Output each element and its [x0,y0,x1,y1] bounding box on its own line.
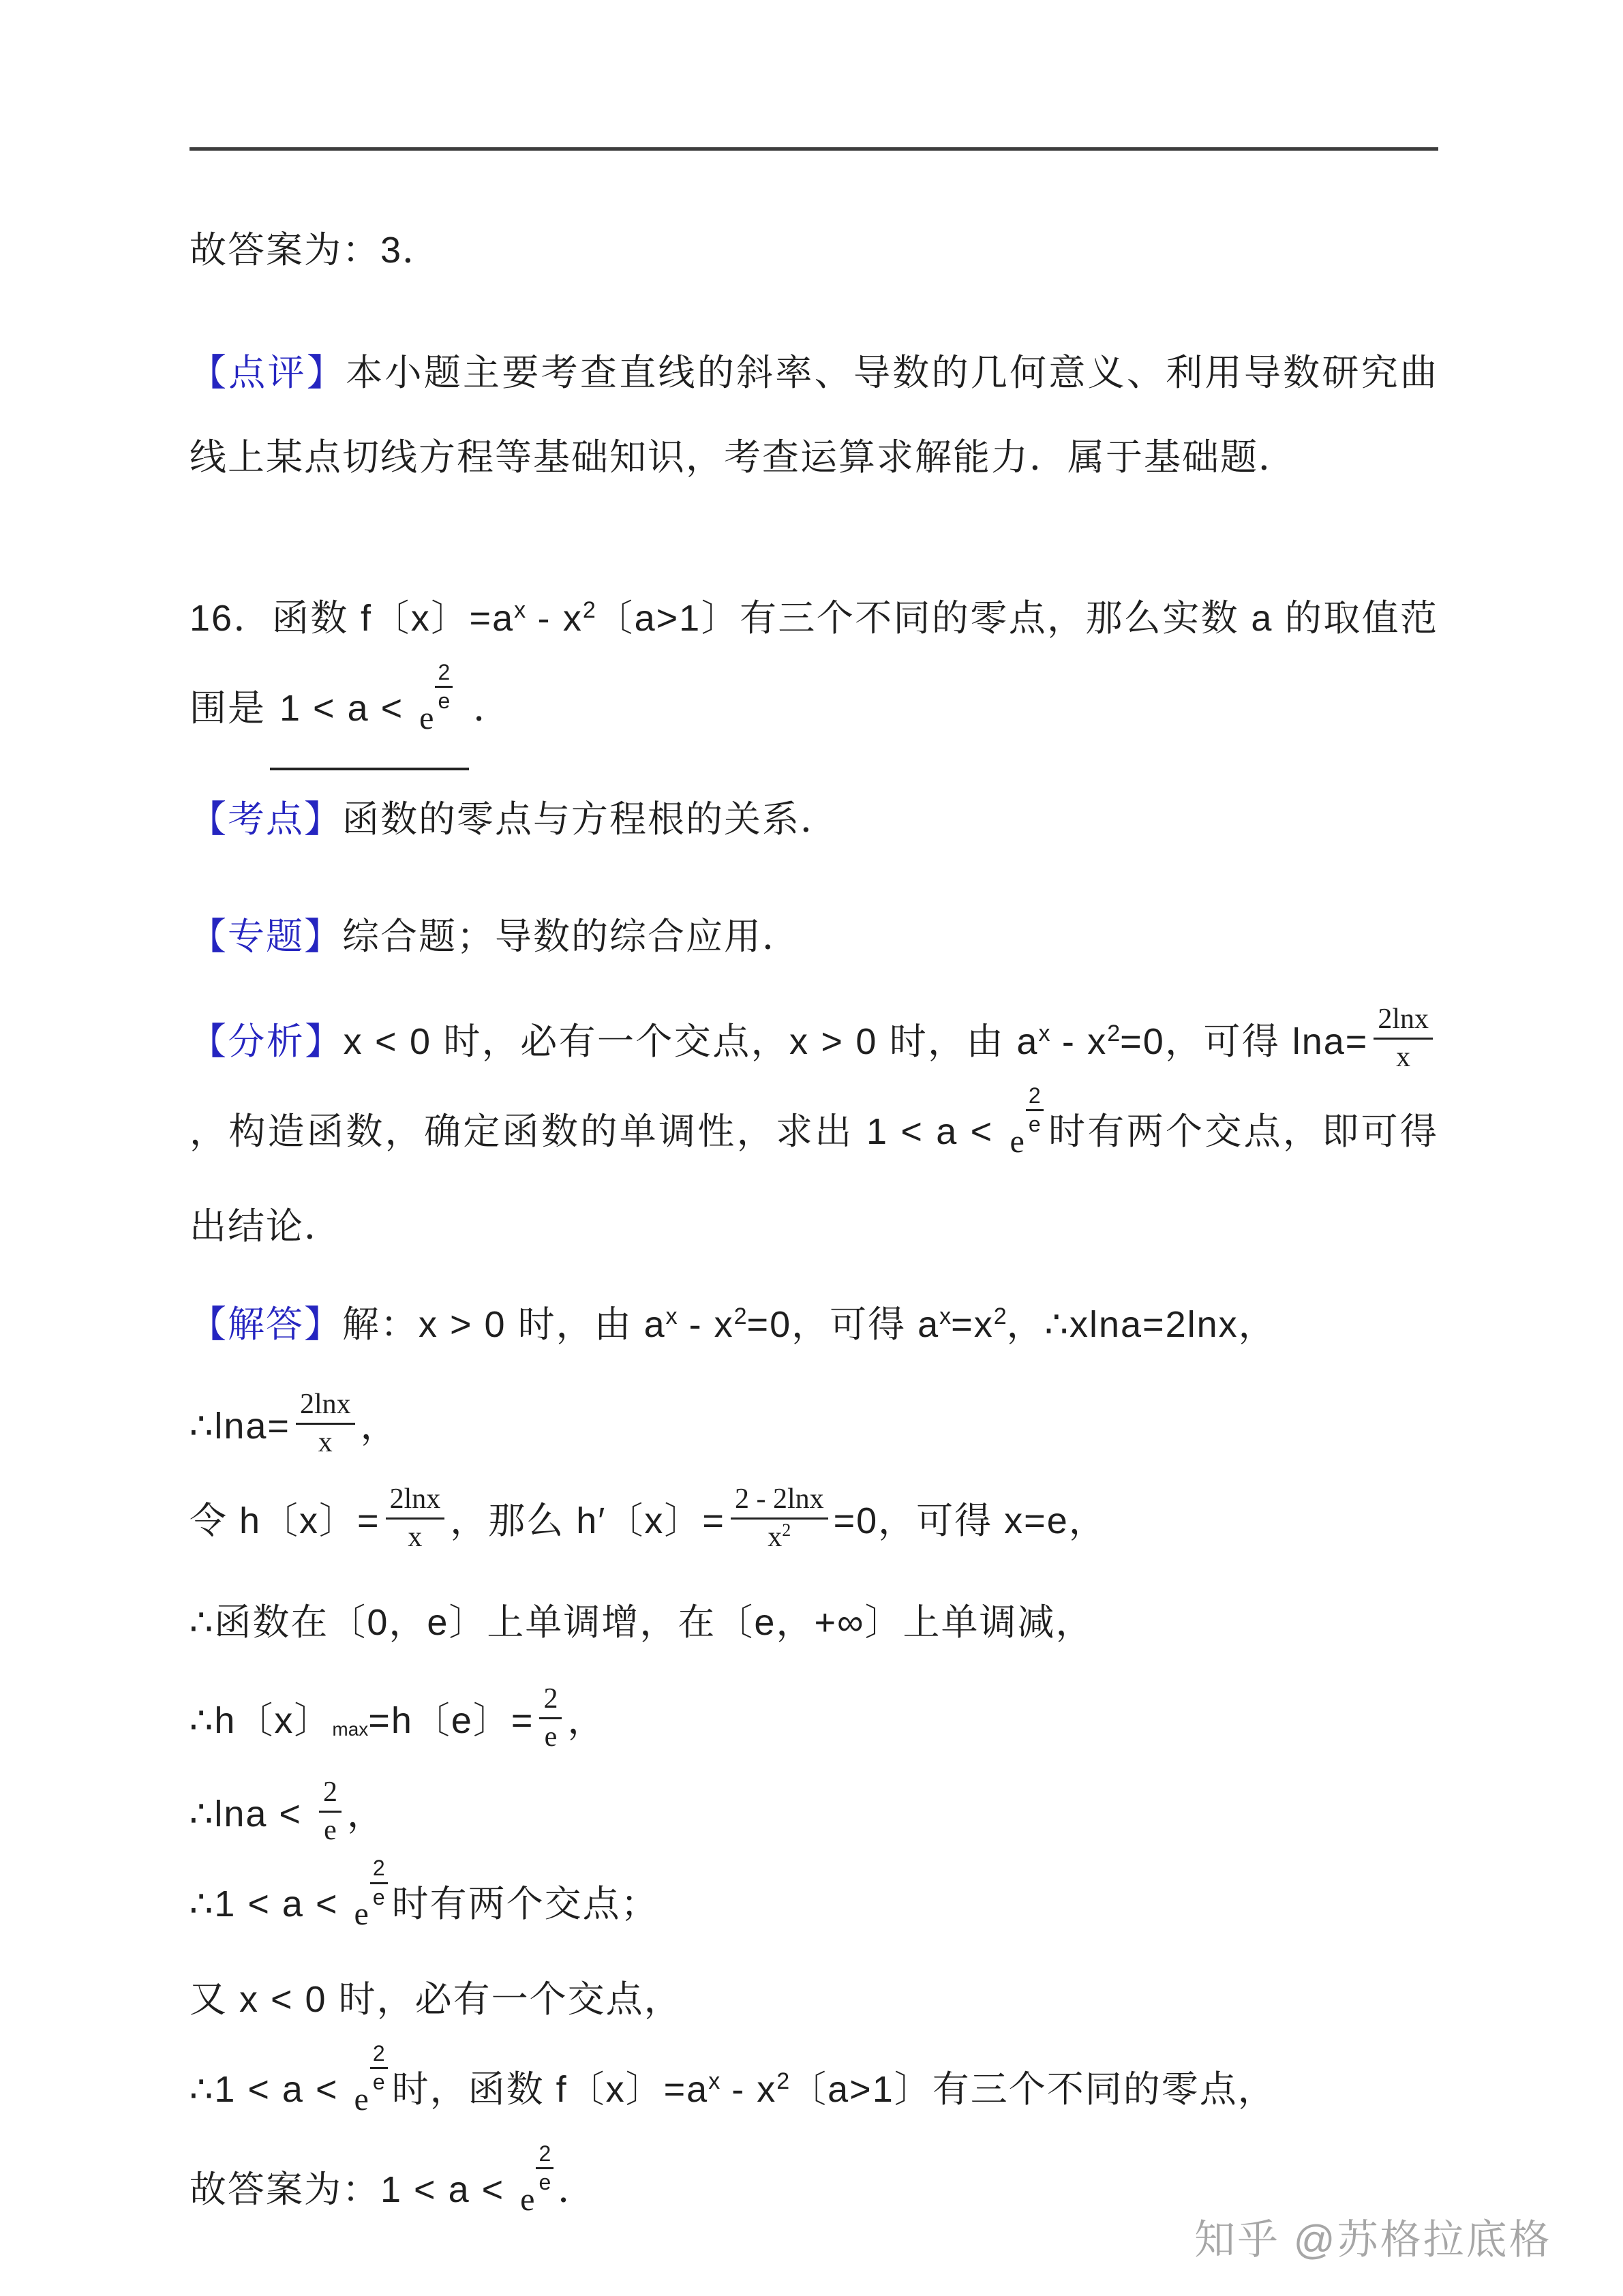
text-run: ． [558,2169,596,2210]
text-run: 解：x > 0 时，由 a [342,1304,666,1345]
e-power-fraction: e2e [419,661,453,761]
text-run: ， [361,1406,399,1447]
para-comment: 【点评】本小题主要考查直线的斜率、导数的几何意义、利用导数研究曲线上某点切线方程… [189,331,1438,500]
fraction-numerator: 2 [319,1777,342,1813]
fraction: 2e [539,1683,562,1753]
text-run: 令 h〔x〕= [189,1500,380,1541]
exponent-denominator: e [1026,1111,1044,1136]
text-run: =h〔e〕= [368,1700,534,1741]
text-run: 时，函数 f〔x〕=a [392,2069,709,2110]
exponent-numerator: 2 [1026,1084,1044,1111]
superscript: x [708,2068,720,2094]
e-power-fraction: e2e [354,1856,388,1957]
superscript: 2 [583,597,596,623]
para-lna-eq: ∴lna=2lnxx， [189,1384,1438,1468]
fraction-numerator: 2lnx [1374,1003,1433,1040]
text-run: ∴lna= [189,1406,290,1447]
e-exponent-fraction: 2e [536,2142,553,2194]
text-run: - x [720,2069,776,2110]
fraction-denominator: x [386,1520,445,1554]
exponent-numerator: 2 [370,1856,388,1884]
fraction-denominator: x2 [731,1520,828,1554]
text-run: 函数的零点与方程根的关系． [342,799,838,840]
superscript: 2 [776,2068,789,2094]
e-power-fraction: e2e [1010,1084,1044,1184]
fraction-denominator: e [319,1813,342,1847]
subscript-max: max [332,1719,368,1740]
fraction: 2lnxx [386,1483,445,1554]
section-label: 【点评】 [189,352,346,393]
text-run: ∴函数在〔0，e〕上单调增，在〔e，+∞〕上单调减， [189,1602,1093,1643]
e-base: e [354,1897,369,1933]
fraction-denominator-text: x [768,1522,782,1553]
document-page: 故答案为：3．【点评】本小题主要考查直线的斜率、导数的几何意义、利用导数研究曲线… [0,0,1623,2242]
exponent-denominator: e [370,2069,388,2094]
text-run: 综合题；导数的综合应用． [342,916,800,957]
text-run: - x [526,598,583,639]
exponent-denominator: e [536,2169,553,2194]
fraction-numerator: 2lnx [386,1483,445,1520]
fraction-denominator: x [1374,1040,1433,1074]
text-run: 又 x < 0 时，必有一个交点， [189,1979,682,2020]
text-run: ∴lna < [189,1794,314,1834]
fraction: 2lnxx [296,1389,355,1459]
e-exponent-fraction: 2e [370,2042,388,2094]
para-fenxi: 【分析】x < 0 时，必有一个交点，x > 0 时，由 ax - x2=0，可… [189,999,1438,1269]
para-three-zeros: ∴1 < a < e2e时，函数 f〔x〕=ax - x2〔a>1〕有三个不同的… [189,2042,1438,2142]
section-label: 【考点】 [189,799,342,840]
para-kaodian: 【考点】函数的零点与方程根的关系． [189,777,1438,862]
fraction-denominator-text: e [545,1721,558,1753]
text-run: =0，可得 lna= [1120,1021,1368,1062]
para-two-points: ∴1 < a < e2e时有两个交点； [189,1856,1438,1957]
para-ling-h: 令 h〔x〕=2lnxx，那么 h′〔x〕=2 - 2lnxx2=0，可得 x=… [189,1479,1438,1563]
text-run: - x [1050,1021,1107,1062]
fraction-numerator: 2lnx [296,1389,355,1425]
zhihu-watermark: 知乎 @苏格拉底格 [1194,2207,1552,2266]
text-run: ， [347,1794,385,1834]
text-run: - x [678,1304,734,1345]
top-rule [189,147,1438,151]
text-run: ∴1 < a < [189,1884,350,1925]
text-run: ，构造函数，确定函数的单调性，求出 1 < a < [189,1111,1006,1152]
section-label: 【分析】 [189,1021,344,1062]
fraction-denominator: x [296,1425,355,1459]
text-run: x < 0 时，必有一个交点，x > 0 时，由 a [344,1021,1039,1062]
text-run: ，∴xlna=2lnx， [1007,1304,1277,1345]
text-run: 故答案为：3． [189,230,440,271]
fraction-denominator-text: x [408,1522,422,1553]
superscript: 2 [994,1303,1007,1329]
para-zhuanti: 【专题】综合题；导数的综合应用． [189,894,1438,979]
text-run: ， [567,1700,605,1741]
exponent-numerator: 2 [370,2042,388,2069]
text-run: =0，可得 a [747,1304,940,1345]
e-exponent-fraction: 2e [1026,1084,1044,1136]
superscript: 2 [1107,1021,1120,1046]
e-exponent-fraction: 2e [370,1856,388,1909]
superscript: x [939,1303,951,1329]
text-run: ． [473,688,511,729]
e-exponent-fraction: 2e [435,661,453,713]
text-run: =0，可得 x=e， [834,1500,1107,1541]
text-run: ∴h〔x〕 [189,1700,332,1741]
e-base: e [354,2081,369,2117]
fraction-denominator-text: x [1396,1042,1410,1073]
text-run: =x [951,1304,994,1345]
fraction-numerator: 2 - 2lnx [731,1483,828,1520]
answer-blank: 1 < a < e2e [270,661,469,770]
e-power-fraction: e2e [354,2042,388,2142]
fraction-denominator-text: e [324,1815,337,1846]
section-label: 【专题】 [189,916,342,957]
exponent-numerator: 2 [536,2142,553,2169]
para-question-16: 16．函数 f〔x〕=ax - x2〔a>1〕有三个不同的零点，那么实数 a 的… [189,576,1438,770]
text-run: ∴1 < a < [189,2069,350,2110]
exponent-denominator: e [435,688,453,713]
text-run: 本小题主要考查直线的斜率、导数的几何意义、利用导数研究曲线上某点切线方程等基础知… [189,352,1438,478]
text-run: ，那么 h′〔x〕= [450,1500,725,1541]
text-run: 故答案为：1 < a < [189,2169,516,2210]
superscript: 2 [734,1303,747,1329]
text-run: 时有两个交点； [392,1884,659,1925]
para-neg-x: 又 x < 0 时，必有一个交点， [189,1957,1438,2042]
text-run: 1 < a < [279,688,415,729]
para-answer-3: 故答案为：3． [189,208,1438,292]
text-run: 16．函数 f〔x〕=a [189,598,514,639]
para-jieda: 【解答】解：x > 0 时，由 ax - x2=0，可得 ax=x2，∴xlna… [189,1282,1438,1367]
superscript: x [666,1303,678,1329]
para-monotone: ∴函数在〔0，e〕上单调增，在〔e，+∞〕上单调减， [189,1580,1438,1665]
fraction: 2 - 2lnxx2 [731,1483,828,1554]
e-power-fraction: e2e [520,2142,553,2242]
para-lna-lt: ∴lna < 2e， [189,1772,1438,1856]
fraction: 2lnxx [1374,1003,1433,1074]
superscript: x [514,597,526,623]
text-run: 〔a>1〕有三个不同的零点， [789,2069,1276,2110]
para-hmax: ∴h〔x〕max=h〔e〕=2e， [189,1678,1438,1772]
fraction-denominator-superscript: 2 [782,1520,791,1540]
superscript: x [1038,1021,1050,1046]
exponent-numerator: 2 [435,661,453,688]
fraction-denominator-text: x [318,1427,333,1458]
e-base: e [1010,1123,1025,1160]
fraction: 2e [319,1777,342,1847]
e-base: e [520,2181,534,2218]
fraction-numerator: 2 [539,1683,562,1719]
section-label: 【解答】 [189,1304,342,1345]
exponent-denominator: e [370,1884,388,1909]
fraction-denominator: e [539,1719,562,1753]
e-base: e [419,700,434,736]
